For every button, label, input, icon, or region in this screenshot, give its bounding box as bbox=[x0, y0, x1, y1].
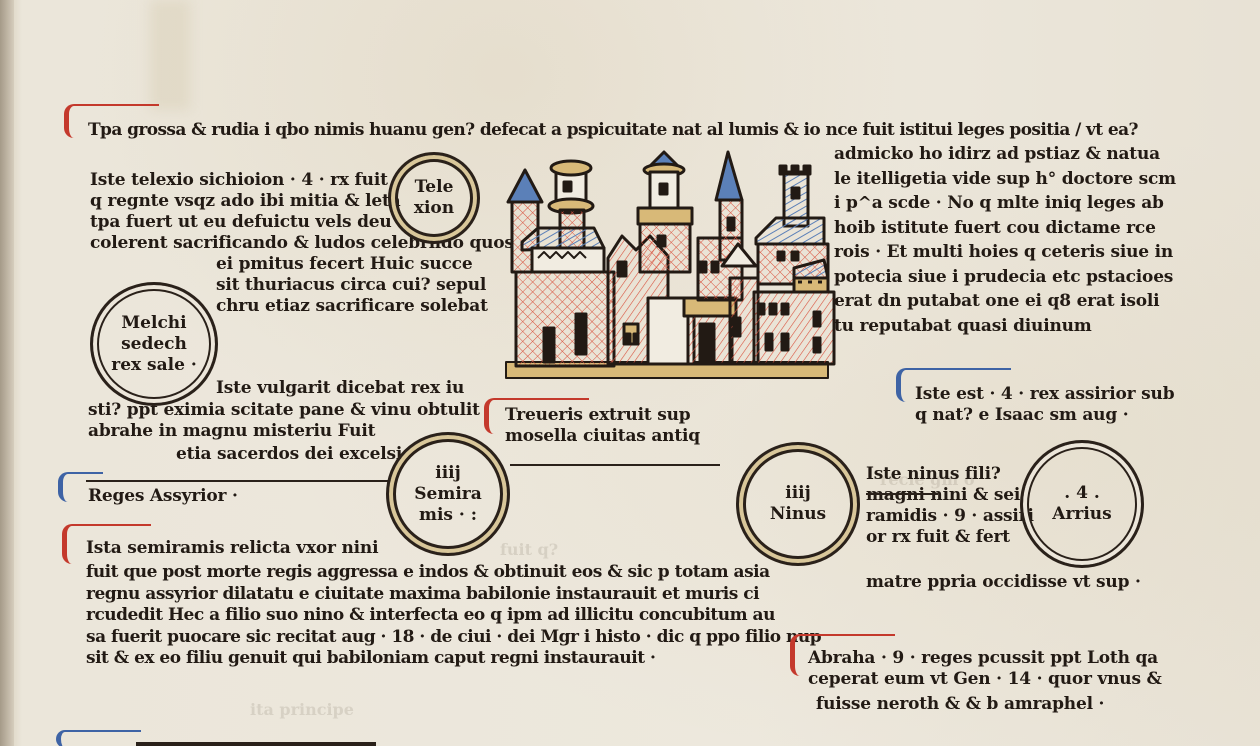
melchisedech-paragraph-cont: sti? ppt eximia scitate pane & vinu obtu… bbox=[88, 400, 480, 442]
header-paragraph: Tpa grossa & rudia i qbo nimis huanu gen… bbox=[88, 120, 1138, 141]
text-line: ei pmitus fecert Huic succe bbox=[216, 254, 488, 275]
melchisedech-paragraph-end: etia sacerdos dei excelsi bbox=[176, 444, 402, 465]
text-line: admicko ho idirz ad pstiaz & natua bbox=[834, 142, 1176, 167]
roundel-arrius: . 4 . Arrius bbox=[1020, 440, 1144, 568]
abraham-note-end: fuisse neroth & & b amraphel · bbox=[816, 694, 1104, 715]
text-line: chru etiaz sacrificare solebat bbox=[216, 296, 488, 317]
roundel-text: Arrius bbox=[1052, 504, 1112, 525]
text-line: ceperat eum vt Gen · 14 · quor vnus & bbox=[808, 669, 1162, 690]
text-line: sa fuerit puocare sic recitat aug · 18 ·… bbox=[86, 627, 821, 649]
text-line: Iste est · 4 · rex assirior sub bbox=[915, 384, 1174, 405]
section-heading: Reges Assyrior · bbox=[88, 486, 238, 507]
text-line: Ista semiramis relicta vxor nini bbox=[86, 538, 378, 559]
roundel-text: xion bbox=[414, 198, 454, 219]
text-line: q nat? e Isaac sm aug · bbox=[915, 405, 1174, 426]
text-line: colerent sacrificando & ludos celebrndo … bbox=[90, 233, 525, 254]
text-line: rcudedit Hec a filio suo nino & interfec… bbox=[86, 605, 821, 627]
show-through-text: fuit q? bbox=[500, 540, 558, 559]
roundel-text: sedech bbox=[121, 334, 187, 355]
abraham-note: Abraha · 9 · reges pcussit ppt Loth qa c… bbox=[808, 648, 1162, 690]
isaac-note: Iste est · 4 · rex assirior sub q nat? e… bbox=[915, 384, 1174, 426]
semiramis-paragraph-cont: fuit que post morte regis aggressa e ind… bbox=[86, 562, 821, 670]
text-line: potecia siue i prudecia etc pstacioes bbox=[834, 265, 1176, 290]
text-line: sit & ex eo filiu genuit qui babiloniam … bbox=[86, 648, 821, 670]
binding-gutter bbox=[0, 0, 14, 746]
text-line: regnu assyrior dilatatu e ciuitate maxim… bbox=[86, 584, 821, 606]
text-line: magni nini & sei bbox=[866, 485, 1034, 506]
text-line: Abraha · 9 · reges pcussit ppt Loth qa bbox=[808, 648, 1162, 669]
roundel-text: rex sale · bbox=[111, 355, 197, 376]
text-line: i p^a scde · No q mlte iniq leges ab bbox=[834, 191, 1176, 216]
genealogy-line bbox=[136, 742, 376, 746]
text-line: Treueris extruit sup bbox=[505, 405, 700, 426]
roundel-text: iiij bbox=[785, 483, 811, 504]
text-line: fuit que post morte regis aggressa e ind… bbox=[86, 562, 821, 584]
text-line: Tpa grossa & rudia i qbo nimis huanu gen… bbox=[88, 120, 1138, 141]
text-line: le itelligetia vide sup h° doctore scm bbox=[834, 167, 1176, 192]
text-line: ramidis · 9 · assiri bbox=[866, 506, 1034, 527]
text-line: fuisse neroth & & b amraphel · bbox=[816, 694, 1104, 715]
text-line: etia sacerdos dei excelsi bbox=[176, 444, 402, 465]
roundel-semiramis: iiij Semira mis · : bbox=[386, 432, 510, 556]
telexion-paragraph-cont: ei pmitus fecert Huic succe sit thuriacu… bbox=[216, 254, 488, 317]
ninus-note-end: matre ppria occidisse vt sup · bbox=[866, 572, 1141, 593]
roundel-melchisedech: Melchi sedech rex sale · bbox=[90, 282, 218, 406]
text-line: mosella ciuitas antiq bbox=[505, 426, 700, 447]
roundel-telexion: Tele xion bbox=[388, 152, 480, 244]
text-line: Iste vulgarit dicebat rex iu bbox=[216, 378, 464, 399]
treueris-note: Treueris extruit sup mosella ciuitas ant… bbox=[505, 405, 700, 447]
text-line: matre ppria occidisse vt sup · bbox=[866, 572, 1141, 593]
text-line: tu reputabat quasi diuinum bbox=[834, 314, 1176, 339]
text-line: rois · Et multi hoies q ceteris siue in bbox=[834, 240, 1176, 265]
genealogy-line bbox=[510, 464, 720, 466]
roundel-text: Melchi bbox=[121, 313, 186, 334]
genealogy-line bbox=[86, 480, 396, 482]
manuscript-page: recie gm o fuit q? ita principe Tpa gros… bbox=[0, 0, 1260, 746]
melchisedech-paragraph: Iste vulgarit dicebat rex iu bbox=[216, 378, 464, 399]
ninus-note: Iste ninus fili? magni nini & sei ramidi… bbox=[866, 464, 1034, 548]
text-line: sit thuriacus circa cui? sepul bbox=[216, 275, 488, 296]
right-column-paragraph: admicko ho idirz ad pstiaz & natua le it… bbox=[834, 142, 1176, 338]
paper-stain bbox=[150, 0, 190, 110]
roundel-ninus: iiij Ninus bbox=[736, 442, 860, 566]
roundel-text: mis · : bbox=[419, 505, 477, 526]
blue-paragraph-mark bbox=[56, 730, 141, 746]
roundel-text: iiij bbox=[435, 463, 461, 484]
semiramis-paragraph: Ista semiramis relicta vxor nini bbox=[86, 538, 378, 559]
city-woodcut-illustration bbox=[498, 148, 836, 384]
roundel-text: Tele bbox=[415, 177, 454, 198]
roundel-text: . 4 . bbox=[1064, 483, 1100, 504]
genealogy-line bbox=[866, 493, 938, 495]
roundel-text: Semira bbox=[414, 484, 482, 505]
roundel-text: Ninus bbox=[770, 504, 826, 525]
text-line: erat dn putabat one ei q8 erat isoli bbox=[834, 289, 1176, 314]
text-line: Iste ninus fili? bbox=[866, 464, 1034, 485]
text-line: or rx fuit & fert bbox=[866, 527, 1034, 548]
text-line: hoib istitute fuert cou dictame rce bbox=[834, 216, 1176, 241]
show-through-text: ita principe bbox=[250, 700, 354, 719]
